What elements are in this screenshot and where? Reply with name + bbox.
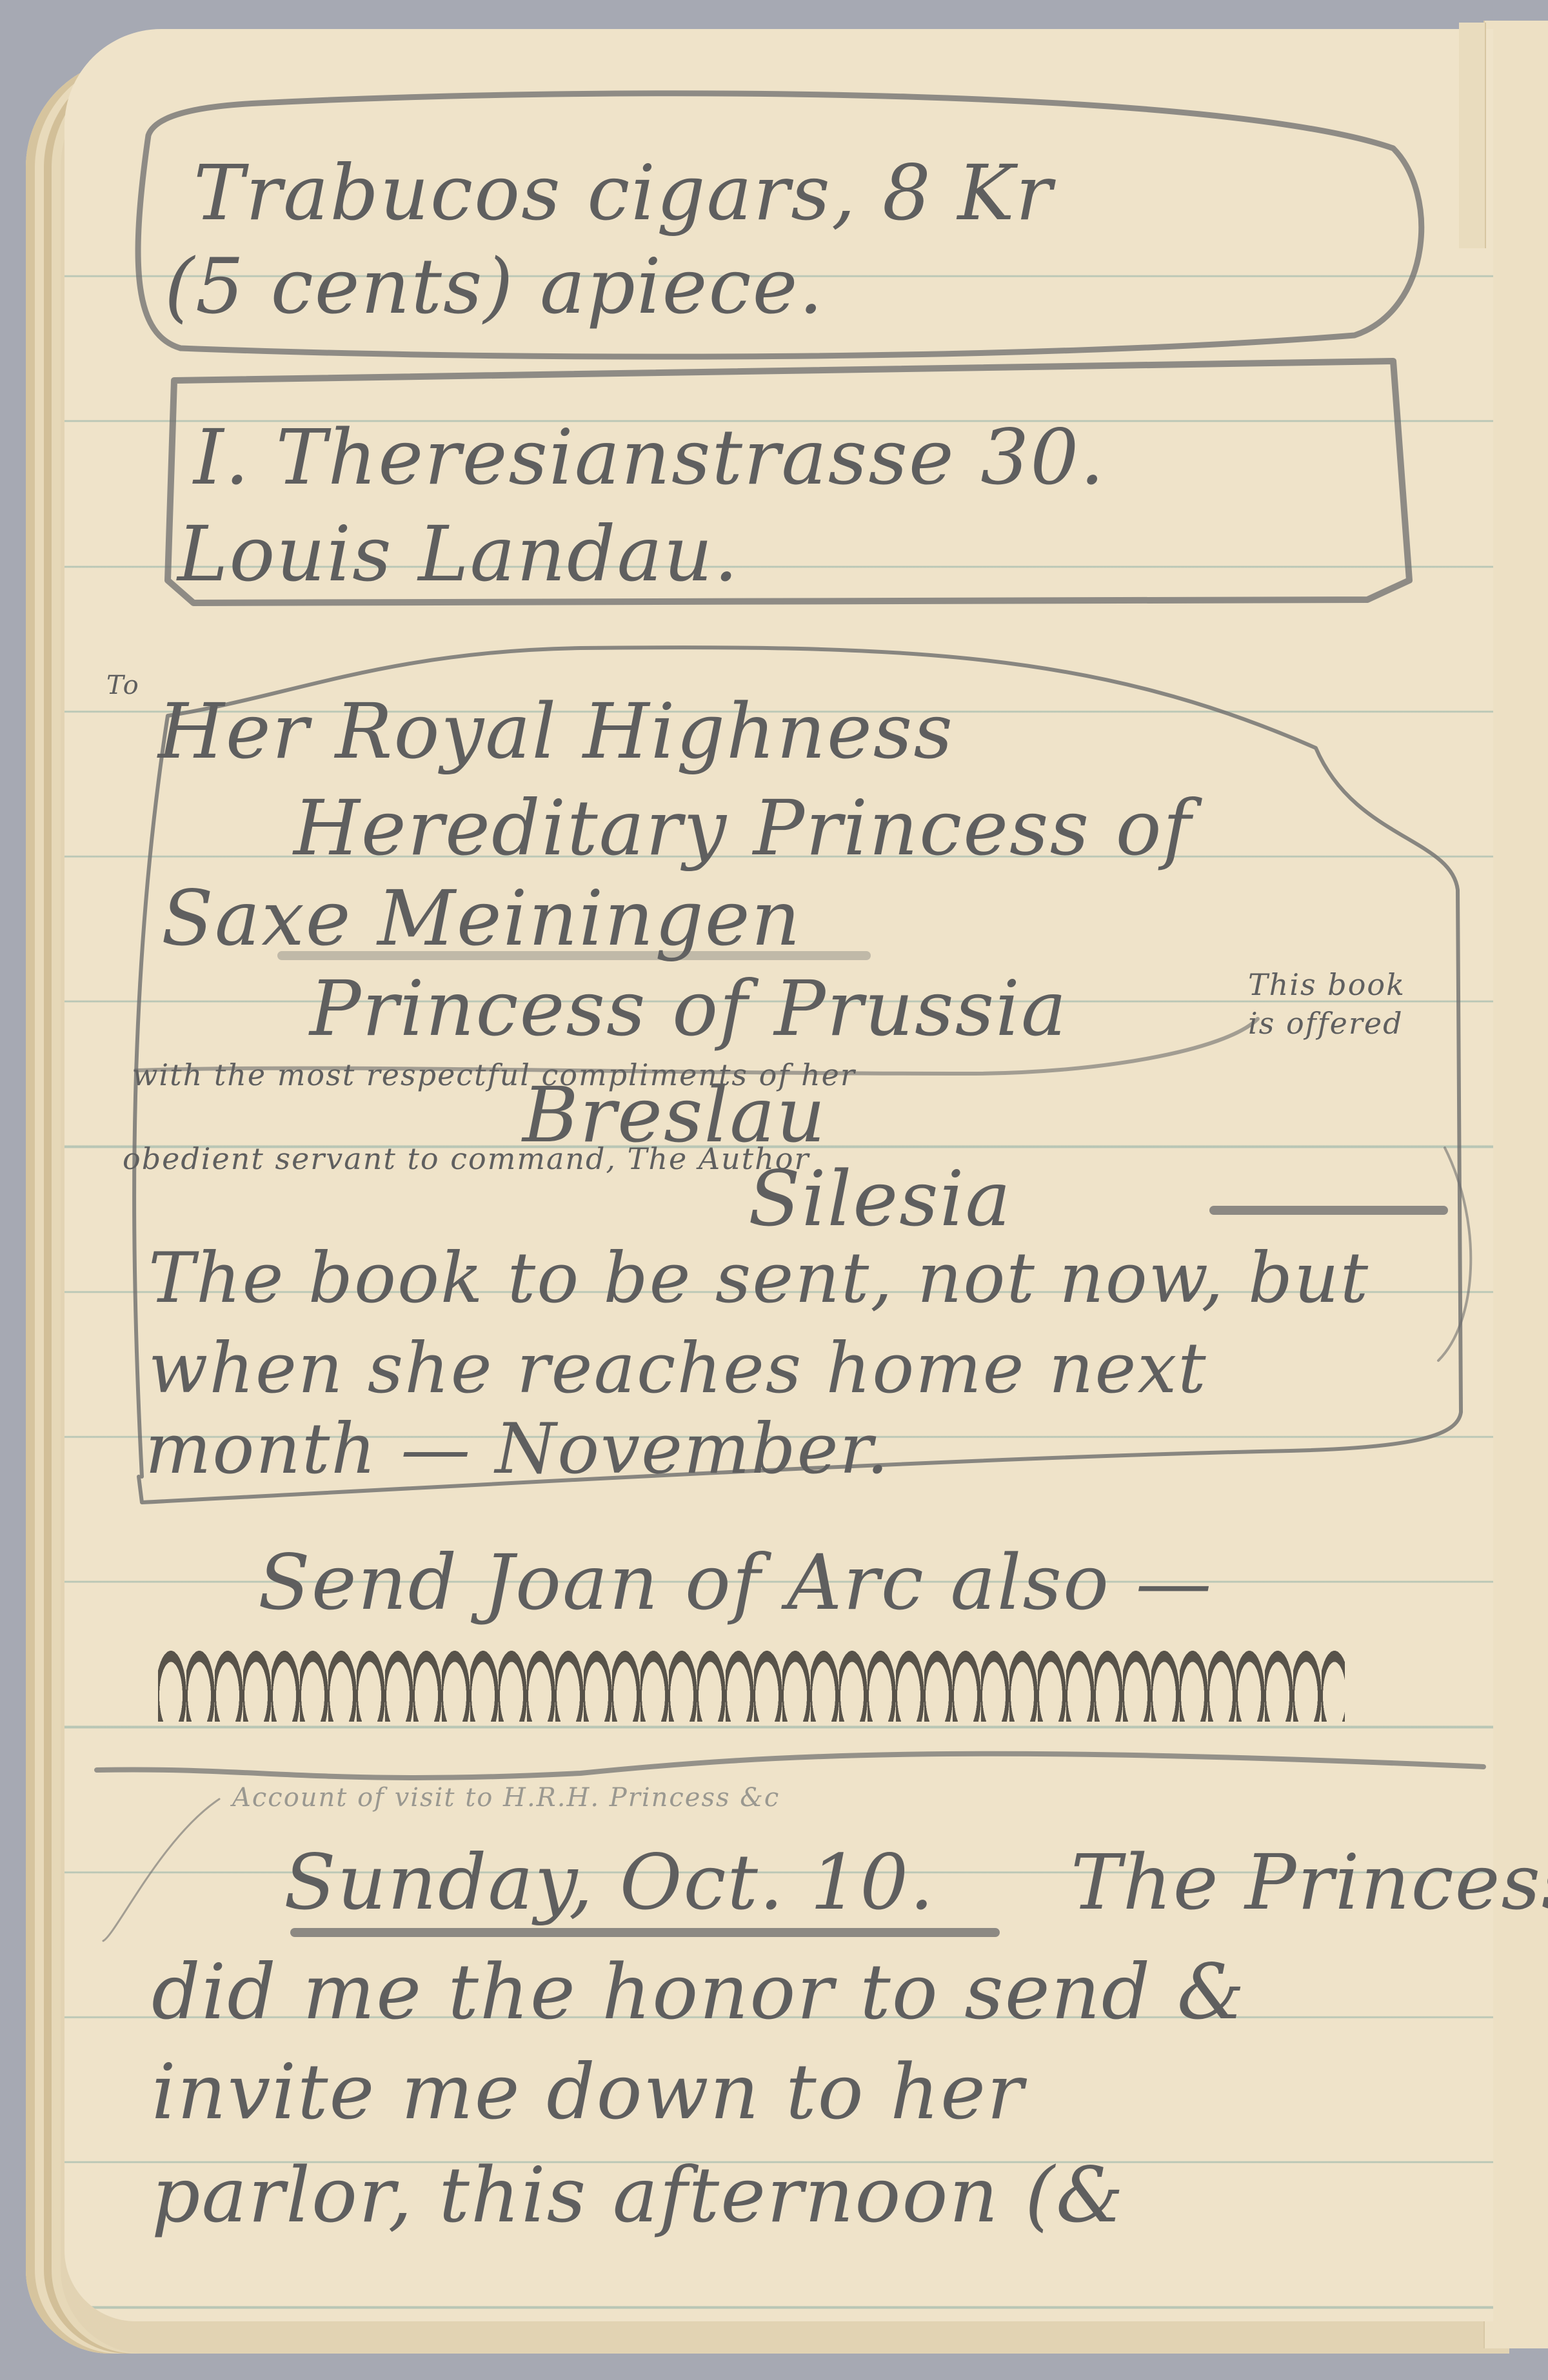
dedication-to-prefix: To [106,671,140,700]
insertion-line-1: This book [1248,967,1405,1002]
diary-line-2: did me the honor to send & [152,1947,1246,2036]
cigars-line-2: (5 cents) apiece. [164,242,824,331]
scribbled-out-line [158,1651,1345,1722]
instruction-line-1: The book to be sent, not now, but [148,1238,1369,1319]
insertion-line-2: is offered [1248,1006,1404,1041]
page-stub [1459,23,1486,248]
cigars-line-1: Trabucos cigars, 8 Kr [193,148,1053,237]
dedication-underline [277,951,871,960]
marginal-note: Account of visit to H.R.H. Princess &c [232,1783,780,1813]
dedication-line-2: Hereditary Princess of [293,783,1192,872]
diary-line-1: The Princess [1071,1838,1548,1927]
address-line-2: Louis Landau. [177,509,739,598]
instruction-line-3: month — November. [145,1409,890,1490]
diary-heading: Sunday, Oct. 10. [284,1838,935,1927]
diary-line-4: parlor, this afternoon (& [152,2150,1125,2239]
dedication-line-6: Silesia [748,1154,1012,1243]
address-line-1: I. Theresianstrasse 30. [193,413,1106,502]
author-underline [1209,1206,1448,1215]
diary-heading-underline [290,1928,1000,1937]
facing-page-edge [1483,21,1548,2348]
dedication-line-4: Princess of Prussia [310,964,1067,1053]
diary-line-3: invite me down to her [152,2047,1024,2136]
dedication-line-3: Saxe Meiningen [161,874,802,963]
instruction-line-2: when she reaches home next [148,1328,1207,1409]
insertion-line-4: obedient servant to command, The Author [123,1141,809,1176]
dedication-line-1: Her Royal Highness [158,687,954,776]
joan-line-1: Send Joan of Arc also — [258,1538,1213,1627]
